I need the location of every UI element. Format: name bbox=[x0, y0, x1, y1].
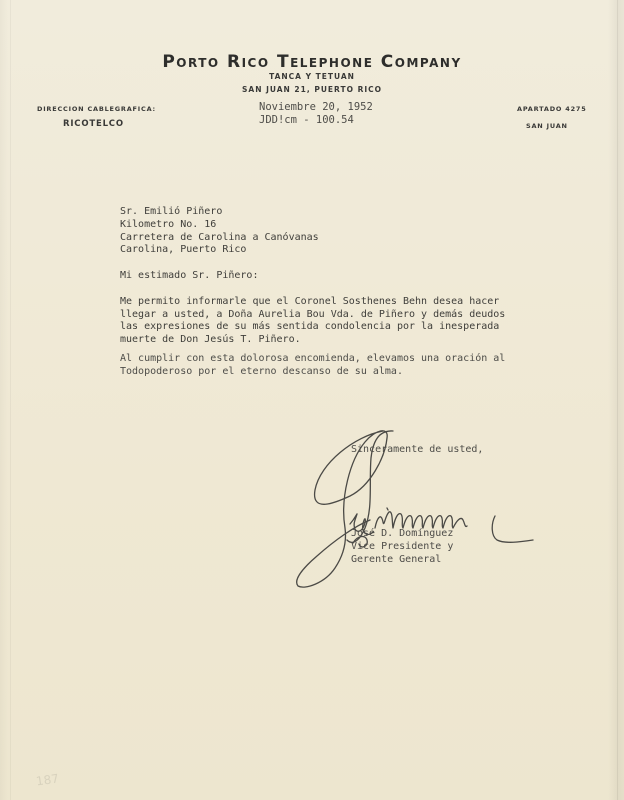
letterhead-address-line1: TANCA Y TETUAN bbox=[0, 72, 624, 81]
letter-page: Porto Rico Telephone Company TANCA Y TET… bbox=[0, 0, 624, 800]
po-box: APARTADO 4275 bbox=[517, 105, 587, 113]
signatory-title-line1: Vice Presidente y bbox=[351, 541, 453, 552]
cable-label: DIRECCION CABLEGRAFICA: bbox=[37, 105, 156, 113]
recipient-line: Sr. Emilió Piñero bbox=[120, 206, 222, 217]
letterhead-address-line2: SAN JUAN 21, PUERTO RICO bbox=[0, 85, 624, 94]
handwritten-signature bbox=[295, 428, 535, 598]
body-line: Al cumplir con esta dolorosa encomienda,… bbox=[120, 353, 505, 364]
letterhead-company-name: Porto Rico Telephone Company bbox=[0, 52, 624, 72]
body-line: las expresiones de su más sentida condol… bbox=[120, 321, 499, 332]
letterhead-po-block: APARTADO 4275 SAN JUAN bbox=[517, 105, 587, 130]
cable-address: RICOTELCO bbox=[63, 119, 156, 129]
signatory-name: José D. Domínguez bbox=[351, 528, 453, 539]
body-line: llegar a usted, a Doña Aurelia Bou Vda. … bbox=[120, 309, 505, 320]
salutation: Mi estimado Sr. Piñero: bbox=[120, 270, 258, 283]
reference-number: JDD!cm - 100.54 bbox=[259, 114, 354, 126]
paper-edge-left bbox=[10, 0, 11, 800]
body-line: muerte de Don Jesús T. Piñero. bbox=[120, 334, 301, 345]
po-city: SAN JUAN bbox=[526, 122, 587, 130]
body-paragraph-2: Al cumplir con esta dolorosa encomienda,… bbox=[120, 353, 505, 378]
body-paragraph-1: Me permito informarle que el Coronel Sos… bbox=[120, 296, 505, 346]
recipient-address: Sr. Emilió Piñero Kilometro No. 16 Carre… bbox=[120, 206, 319, 257]
recipient-line: Carretera de Carolina a Canóvanas bbox=[120, 232, 319, 243]
paper-edge-right bbox=[617, 0, 618, 800]
date-block: Noviembre 20, 1952 JDD!cm - 100.54 bbox=[259, 101, 373, 127]
signatory-block: José D. Domínguez Vice Presidente y Gere… bbox=[351, 528, 453, 566]
pencil-annotation: 187 bbox=[35, 771, 60, 788]
recipient-line: Kilometro No. 16 bbox=[120, 219, 216, 230]
body-line: Me permito informarle que el Coronel Sos… bbox=[120, 296, 499, 307]
letter-date: Noviembre 20, 1952 bbox=[259, 101, 373, 113]
recipient-line: Carolina, Puerto Rico bbox=[120, 244, 246, 255]
signatory-title-line2: Gerente General bbox=[351, 554, 441, 565]
body-line: Todopoderoso por el eterno descanso de s… bbox=[120, 366, 403, 377]
letterhead-cable-block: DIRECCION CABLEGRAFICA: RICOTELCO bbox=[37, 105, 156, 129]
